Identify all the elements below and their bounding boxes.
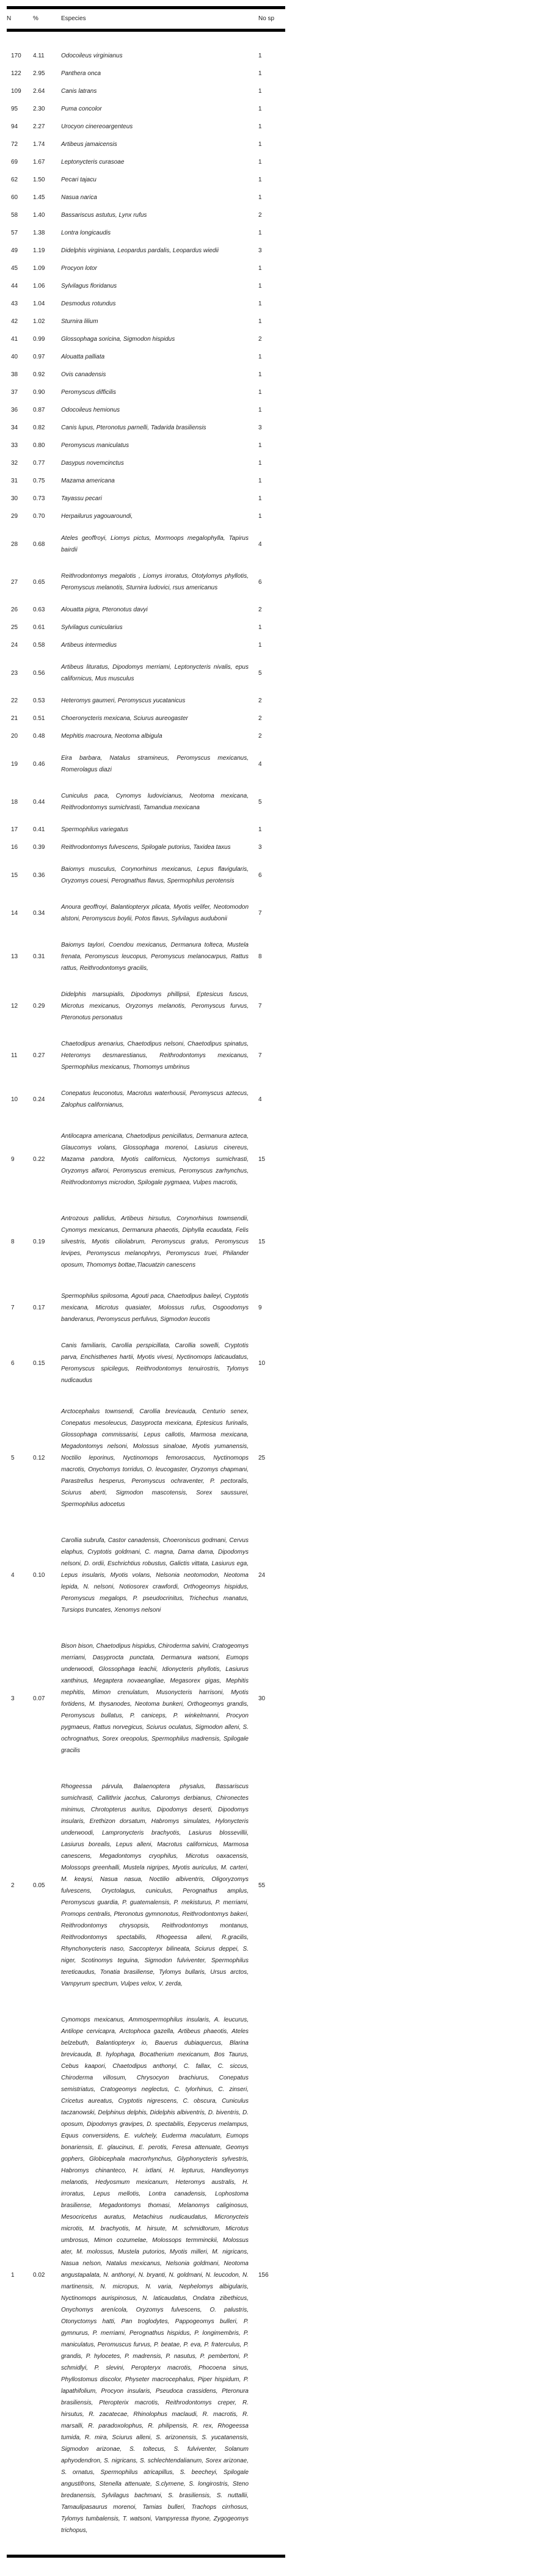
cell-percent: 0.44	[33, 783, 61, 821]
cell-percent: 0.75	[33, 472, 61, 490]
cell-n: 95	[7, 100, 33, 118]
cell-species: Anoura geoffroyi, Balantiopteryx plicata…	[61, 894, 255, 932]
cell-n: 40	[7, 348, 33, 366]
cell-no-sp: 5	[255, 783, 285, 821]
table-row: 1092.64Canis latrans1	[7, 82, 285, 100]
table-row: 491.19Didelphis virginiana, Leopardus pa…	[7, 242, 285, 260]
cell-no-sp: 1	[255, 490, 285, 508]
cell-percent: 2.30	[33, 100, 61, 118]
table-row: 80.19Antrozous pallidus, Artibeus hirsut…	[7, 1201, 285, 1283]
cell-n: 38	[7, 366, 33, 384]
cell-n: 3	[7, 1628, 33, 1769]
cell-species: Reithrodontomys fulvescens, Spilogale pu…	[61, 839, 255, 856]
cell-n: 13	[7, 932, 33, 981]
cell-no-sp: 1	[255, 619, 285, 636]
cell-percent: 0.61	[33, 619, 61, 636]
table-header-row: N % Especies No sp	[7, 9, 285, 29]
cell-species: Glossophaga soricina, Sigmodon hispidus	[61, 330, 255, 348]
cell-no-sp: 2	[255, 727, 285, 745]
cell-no-sp: 1	[255, 508, 285, 525]
cell-species: Didelphis virginiana, Leopardus pardalis…	[61, 242, 255, 260]
cell-no-sp: 2	[255, 206, 285, 224]
cell-n: 72	[7, 136, 33, 153]
cell-species: Odocoileus hemionus	[61, 401, 255, 419]
cell-no-sp: 1	[255, 348, 285, 366]
cell-no-sp: 6	[255, 563, 285, 601]
cell-n: 22	[7, 692, 33, 710]
cell-n: 69	[7, 153, 33, 171]
table-row: 70.17Spermophilus spilosoma, Agouti paca…	[7, 1283, 285, 1333]
cell-no-sp: 55	[255, 1769, 285, 2002]
cell-no-sp: 1	[255, 224, 285, 242]
table-row: 220.53Heteromys gaumeri, Peromyscus yuca…	[7, 692, 285, 710]
cell-species: Bison bison, Chaetodipus hispidus, Chiro…	[61, 1628, 255, 1769]
cell-n: 43	[7, 295, 33, 313]
cell-n: 37	[7, 384, 33, 401]
cell-percent: 0.68	[33, 525, 61, 563]
cell-no-sp: 2	[255, 601, 285, 619]
table-row: 360.87Odocoileus hemionus1	[7, 401, 285, 419]
cell-species: Alouatta pigra, Pteronotus davyi	[61, 601, 255, 619]
cell-percent: 0.90	[33, 384, 61, 401]
cell-n: 122	[7, 65, 33, 82]
cell-species: Artibeus jamaicensis	[61, 136, 255, 153]
cell-no-sp: 7	[255, 894, 285, 932]
cell-species: Ovis canadensis	[61, 366, 255, 384]
cell-species: Heteromys gaumeri, Peromyscus yucatanicu…	[61, 692, 255, 710]
cell-n: 17	[7, 821, 33, 839]
cell-no-sp: 1	[255, 454, 285, 472]
cell-no-sp: 1	[255, 189, 285, 206]
table-row: 40.10Carollia subrufa, Castor canadensis…	[7, 1523, 285, 1628]
table-row: 340.82Canis lupus, Pteronotus parnelli, …	[7, 419, 285, 437]
table-row: 942.27Urocyon cinereoargenteus1	[7, 118, 285, 136]
cell-species: Antrozous pallidus, Artibeus hirsutus, C…	[61, 1201, 255, 1283]
cell-percent: 0.99	[33, 330, 61, 348]
table-row: 691.67Leptonycteris curasoae1	[7, 153, 285, 171]
cell-percent: 0.80	[33, 437, 61, 454]
cell-species: Rhogeessa párvula, Balaenoptera physalus…	[61, 1769, 255, 2002]
cell-percent: 0.19	[33, 1201, 61, 1283]
cell-n: 109	[7, 82, 33, 100]
table-row: 190.46Eira barbara, Natalus stramineus, …	[7, 745, 285, 783]
cell-no-sp: 1	[255, 472, 285, 490]
header-species: Especies	[61, 9, 255, 29]
cell-species: Leptonycteris curasoae	[61, 153, 255, 171]
cell-percent: 2.95	[33, 65, 61, 82]
table-row: 621.50Pecari tajacu1	[7, 171, 285, 189]
cell-species: Puma concolor	[61, 100, 255, 118]
cell-percent: 2.64	[33, 82, 61, 100]
cell-n: 23	[7, 654, 33, 692]
cell-no-sp: 1	[255, 437, 285, 454]
cell-percent: 4.11	[33, 32, 61, 65]
table-row: 410.99Glossophaga soricina, Sigmodon his…	[7, 330, 285, 348]
cell-percent: 0.65	[33, 563, 61, 601]
cell-percent: 1.04	[33, 295, 61, 313]
cell-n: 15	[7, 856, 33, 894]
table-row: 230.56Artibeus lituratus, Dipodomys merr…	[7, 654, 285, 692]
cell-n: 60	[7, 189, 33, 206]
cell-species: Choeronycteris mexicana, Sciurus aureoga…	[61, 710, 255, 727]
cell-species: Peromyscus difficilis	[61, 384, 255, 401]
cell-no-sp: 4	[255, 745, 285, 783]
cell-percent: 1.45	[33, 189, 61, 206]
cell-no-sp: 3	[255, 839, 285, 856]
table-row: 320.77Dasypus novemcinctus1	[7, 454, 285, 472]
cell-n: 18	[7, 783, 33, 821]
cell-percent: 0.48	[33, 727, 61, 745]
cell-n: 62	[7, 171, 33, 189]
table-row: 400.97Alouatta palliata1	[7, 348, 285, 366]
cell-no-sp: 1	[255, 153, 285, 171]
cell-n: 57	[7, 224, 33, 242]
cell-n: 170	[7, 32, 33, 65]
cell-percent: 0.73	[33, 490, 61, 508]
cell-percent: 1.74	[33, 136, 61, 153]
header-percent: %	[33, 9, 61, 29]
cell-species: Carollia subrufa, Castor canadensis, Cho…	[61, 1523, 255, 1628]
cell-species: Reithrodontomys megalotis , Liomys irror…	[61, 563, 255, 601]
cell-species: Sylvilagus floridanus	[61, 277, 255, 295]
cell-percent: 0.12	[33, 1394, 61, 1523]
cell-species: Artibeus lituratus, Dipodomys merriami, …	[61, 654, 255, 692]
cell-n: 49	[7, 242, 33, 260]
cell-no-sp: 1	[255, 277, 285, 295]
cell-no-sp: 10	[255, 1333, 285, 1394]
cell-n: 34	[7, 419, 33, 437]
cell-no-sp: 1	[255, 65, 285, 82]
cell-no-sp: 24	[255, 1523, 285, 1628]
cell-percent: 0.51	[33, 710, 61, 727]
cell-percent: 0.36	[33, 856, 61, 894]
cell-no-sp: 4	[255, 525, 285, 563]
table-row: 60.15Canis familiaris, Carollia perspici…	[7, 1333, 285, 1394]
cell-percent: 0.22	[33, 1118, 61, 1201]
cell-species: Baiomys musculus, Corynorhinus mexicanus…	[61, 856, 255, 894]
cell-percent: 0.29	[33, 981, 61, 1031]
cell-species: Cynomops mexicanus, Ammospermophilus ins…	[61, 2002, 255, 2555]
cell-species: Odocoileus virginianus	[61, 32, 255, 65]
cell-species: Urocyon cinereoargenteus	[61, 118, 255, 136]
cell-no-sp: 9	[255, 1283, 285, 1333]
table-row: 140.34Anoura geoffroyi, Balantiopteryx p…	[7, 894, 285, 932]
cell-n: 94	[7, 118, 33, 136]
cell-n: 19	[7, 745, 33, 783]
cell-species: Sylvilagus cunicularius	[61, 619, 255, 636]
cell-percent: 0.15	[33, 1333, 61, 1394]
table-row: 1222.95Panthera onca1	[7, 65, 285, 82]
cell-percent: 0.58	[33, 636, 61, 654]
cell-n: 7	[7, 1283, 33, 1333]
cell-n: 14	[7, 894, 33, 932]
species-frequency-table-page: N % Especies No sp 1704.11Odocoileus vir…	[0, 0, 535, 2576]
table-row: 1704.11Odocoileus virginianus1	[7, 32, 285, 65]
cell-species: Pecari tajacu	[61, 171, 255, 189]
cell-no-sp: 1	[255, 401, 285, 419]
cell-n: 6	[7, 1333, 33, 1394]
cell-percent: 2.27	[33, 118, 61, 136]
table-row: 50.12Arctocephalus townsendi, Carollia b…	[7, 1394, 285, 1523]
cell-percent: 0.17	[33, 1283, 61, 1333]
cell-species: Canis latrans	[61, 82, 255, 100]
table-row: 90.22Antilocapra americana, Chaetodipus …	[7, 1118, 285, 1201]
cell-species: Peromyscus maniculatus	[61, 437, 255, 454]
cell-n: 9	[7, 1118, 33, 1201]
cell-species: Mephitis macroura, Neotoma albigula	[61, 727, 255, 745]
cell-percent: 0.92	[33, 366, 61, 384]
cell-species: Lontra longicaudis	[61, 224, 255, 242]
table-row: 250.61Sylvilagus cunicularius1	[7, 619, 285, 636]
cell-species: Spermophilus variegatus	[61, 821, 255, 839]
cell-species: Eira barbara, Natalus stramineus, Peromy…	[61, 745, 255, 783]
cell-no-sp: 1	[255, 260, 285, 277]
cell-species: Dasypus novemcinctus	[61, 454, 255, 472]
cell-n: 31	[7, 472, 33, 490]
table-row: 421.02Sturnira lilium1	[7, 313, 285, 330]
table-row: 120.29Didelphis marsupialis, Dipodomys p…	[7, 981, 285, 1031]
cell-no-sp: 2	[255, 710, 285, 727]
table-row: 441.06Sylvilagus floridanus1	[7, 277, 285, 295]
cell-n: 8	[7, 1201, 33, 1283]
table-row: 300.73Tayassu pecari1	[7, 490, 285, 508]
cell-no-sp: 6	[255, 856, 285, 894]
table-row: 270.65Reithrodontomys megalotis , Liomys…	[7, 563, 285, 601]
cell-percent: 1.50	[33, 171, 61, 189]
cell-percent: 0.77	[33, 454, 61, 472]
cell-no-sp: 15	[255, 1201, 285, 1283]
cell-no-sp: 7	[255, 981, 285, 1031]
table-row: 260.63Alouatta pigra, Pteronotus davyi2	[7, 601, 285, 619]
cell-n: 32	[7, 454, 33, 472]
cell-no-sp: 30	[255, 1628, 285, 1769]
cell-no-sp: 1	[255, 118, 285, 136]
cell-no-sp: 25	[255, 1394, 285, 1523]
cell-no-sp: 1	[255, 32, 285, 65]
table-row: 30.07Bison bison, Chaetodipus hispidus, …	[7, 1628, 285, 1769]
cell-no-sp: 156	[255, 2002, 285, 2555]
table-row: 160.39Reithrodontomys fulvescens, Spilog…	[7, 839, 285, 856]
cell-percent: 0.63	[33, 601, 61, 619]
cell-n: 25	[7, 619, 33, 636]
cell-no-sp: 8	[255, 932, 285, 981]
cell-percent: 1.09	[33, 260, 61, 277]
cell-percent: 0.05	[33, 1769, 61, 2002]
cell-species: Spermophilus spilosoma, Agouti paca, Cha…	[61, 1283, 255, 1333]
cell-no-sp: 1	[255, 136, 285, 153]
cell-species: Herpailurus yagouaroundi,	[61, 508, 255, 525]
table-row: 130.31Baiomys taylori, Coendou mexicanus…	[7, 932, 285, 981]
bottom-rule	[7, 2555, 285, 2558]
cell-percent: 0.97	[33, 348, 61, 366]
cell-no-sp: 1	[255, 171, 285, 189]
cell-percent: 0.46	[33, 745, 61, 783]
cell-no-sp: 2	[255, 330, 285, 348]
cell-species: Antilocapra americana, Chaetodipus penic…	[61, 1118, 255, 1201]
cell-no-sp: 1	[255, 313, 285, 330]
cell-percent: 1.67	[33, 153, 61, 171]
cell-no-sp: 3	[255, 419, 285, 437]
cell-n: 36	[7, 401, 33, 419]
cell-no-sp: 5	[255, 654, 285, 692]
cell-no-sp: 1	[255, 82, 285, 100]
cell-n: 30	[7, 490, 33, 508]
cell-percent: 0.41	[33, 821, 61, 839]
cell-species: Alouatta palliata	[61, 348, 255, 366]
table-row: 571.38Lontra longicaudis1	[7, 224, 285, 242]
cell-species: Sturnira lilium	[61, 313, 255, 330]
cell-n: 41	[7, 330, 33, 348]
cell-percent: 1.02	[33, 313, 61, 330]
cell-species: Ateles geoffroyi, Liomys pictus, Mormoop…	[61, 525, 255, 563]
table-row: 100.24Conepatus leuconotus, Macrotus wat…	[7, 1080, 285, 1118]
cell-n: 10	[7, 1080, 33, 1118]
cell-percent: 1.06	[33, 277, 61, 295]
cell-species: Artibeus intermedius	[61, 636, 255, 654]
cell-percent: 0.87	[33, 401, 61, 419]
cell-species: Desmodus rotundus	[61, 295, 255, 313]
cell-percent: 0.82	[33, 419, 61, 437]
cell-n: 28	[7, 525, 33, 563]
cell-species: Cuniculus paca, Cynomys ludovicianus, Ne…	[61, 783, 255, 821]
cell-n: 44	[7, 277, 33, 295]
cell-n: 33	[7, 437, 33, 454]
table-row: 721.74Artibeus jamaicensis1	[7, 136, 285, 153]
cell-percent: 1.38	[33, 224, 61, 242]
cell-no-sp: 1	[255, 100, 285, 118]
cell-no-sp: 1	[255, 636, 285, 654]
cell-species: Canis lupus, Pteronotus parnelli, Tadari…	[61, 419, 255, 437]
table-row: 280.68Ateles geoffroyi, Liomys pictus, M…	[7, 525, 285, 563]
table-row: 20.05Rhogeessa párvula, Balaenoptera phy…	[7, 1769, 285, 2002]
cell-percent: 0.24	[33, 1080, 61, 1118]
table-row: 380.92Ovis canadensis1	[7, 366, 285, 384]
cell-n: 12	[7, 981, 33, 1031]
cell-species: Nasua narica	[61, 189, 255, 206]
cell-species: Didelphis marsupialis, Dipodomys phillip…	[61, 981, 255, 1031]
cell-n: 5	[7, 1394, 33, 1523]
table-row: 601.45Nasua narica1	[7, 189, 285, 206]
cell-n: 20	[7, 727, 33, 745]
cell-no-sp: 15	[255, 1118, 285, 1201]
cell-n: 24	[7, 636, 33, 654]
table-row: 150.36Baiomys musculus, Corynorhinus mex…	[7, 856, 285, 894]
table-row: 431.04Desmodus rotundus1	[7, 295, 285, 313]
cell-percent: 0.07	[33, 1628, 61, 1769]
cell-no-sp: 3	[255, 242, 285, 260]
cell-species: Canis familiaris, Carollia perspicillata…	[61, 1333, 255, 1394]
cell-n: 45	[7, 260, 33, 277]
table-row: 451.09Procyon lotor1	[7, 260, 285, 277]
cell-percent: 0.27	[33, 1031, 61, 1080]
table-row: 10.02 Cynomops mexicanus, Ammospermophil…	[7, 2002, 285, 2555]
table-row: 110.27Chaetodipus arenarius, Chaetodipus…	[7, 1031, 285, 1080]
cell-n: 2	[7, 1769, 33, 2002]
cell-n: 42	[7, 313, 33, 330]
cell-percent: 0.39	[33, 839, 61, 856]
cell-percent: 1.40	[33, 206, 61, 224]
table-row: 240.58Artibeus intermedius1	[7, 636, 285, 654]
cell-percent: 1.19	[33, 242, 61, 260]
cell-no-sp: 7	[255, 1031, 285, 1080]
cell-n: 21	[7, 710, 33, 727]
cell-no-sp: 2	[255, 692, 285, 710]
cell-percent: 0.10	[33, 1523, 61, 1628]
cell-no-sp: 4	[255, 1080, 285, 1118]
cell-species: Arctocephalus townsendi, Carollia brevic…	[61, 1394, 255, 1523]
table-row: 200.48Mephitis macroura, Neotoma albigul…	[7, 727, 285, 745]
header-n: N	[7, 9, 33, 29]
table-row: 290.70Herpailurus yagouaroundi,1	[7, 508, 285, 525]
cell-species: Conepatus leuconotus, Macrotus waterhous…	[61, 1080, 255, 1118]
species-table: N % Especies No sp	[7, 9, 285, 29]
cell-n: 29	[7, 508, 33, 525]
table-row: 170.41Spermophilus variegatus1	[7, 821, 285, 839]
table-row: 330.80Peromyscus maniculatus1	[7, 437, 285, 454]
cell-n: 1	[7, 2002, 33, 2555]
cell-species: Panthera onca	[61, 65, 255, 82]
cell-species: Baiomys taylori, Coendou mexicanus, Derm…	[61, 932, 255, 981]
cell-n: 16	[7, 839, 33, 856]
cell-percent: 0.70	[33, 508, 61, 525]
table-row: 310.75Mazama americana1	[7, 472, 285, 490]
cell-percent: 0.53	[33, 692, 61, 710]
table-row: 210.51Choeronycteris mexicana, Sciurus a…	[7, 710, 285, 727]
cell-species: Chaetodipus arenarius, Chaetodipus nelso…	[61, 1031, 255, 1080]
cell-n: 26	[7, 601, 33, 619]
cell-n: 4	[7, 1523, 33, 1628]
cell-species: Procyon lotor	[61, 260, 255, 277]
cell-species: Mazama americana	[61, 472, 255, 490]
cell-n: 11	[7, 1031, 33, 1080]
cell-species: Tayassu pecari	[61, 490, 255, 508]
table-row: 180.44Cuniculus paca, Cynomys ludovician…	[7, 783, 285, 821]
table-row: 370.90Peromyscus difficilis1	[7, 384, 285, 401]
header-no-sp: No sp	[255, 9, 285, 29]
cell-percent: 0.31	[33, 932, 61, 981]
cell-percent: 0.56	[33, 654, 61, 692]
table-row: 581.40Bassariscus astutus, Lynx rufus2	[7, 206, 285, 224]
cell-no-sp: 1	[255, 366, 285, 384]
cell-percent: 0.34	[33, 894, 61, 932]
species-table-body: 1704.11Odocoileus virginianus11222.95Pan…	[7, 32, 285, 2555]
cell-no-sp: 1	[255, 384, 285, 401]
cell-species: Bassariscus astutus, Lynx rufus	[61, 206, 255, 224]
cell-percent: 0.02	[33, 2002, 61, 2555]
cell-n: 27	[7, 563, 33, 601]
cell-no-sp: 1	[255, 821, 285, 839]
cell-no-sp: 1	[255, 295, 285, 313]
cell-n: 58	[7, 206, 33, 224]
table-row: 952.30Puma concolor1	[7, 100, 285, 118]
